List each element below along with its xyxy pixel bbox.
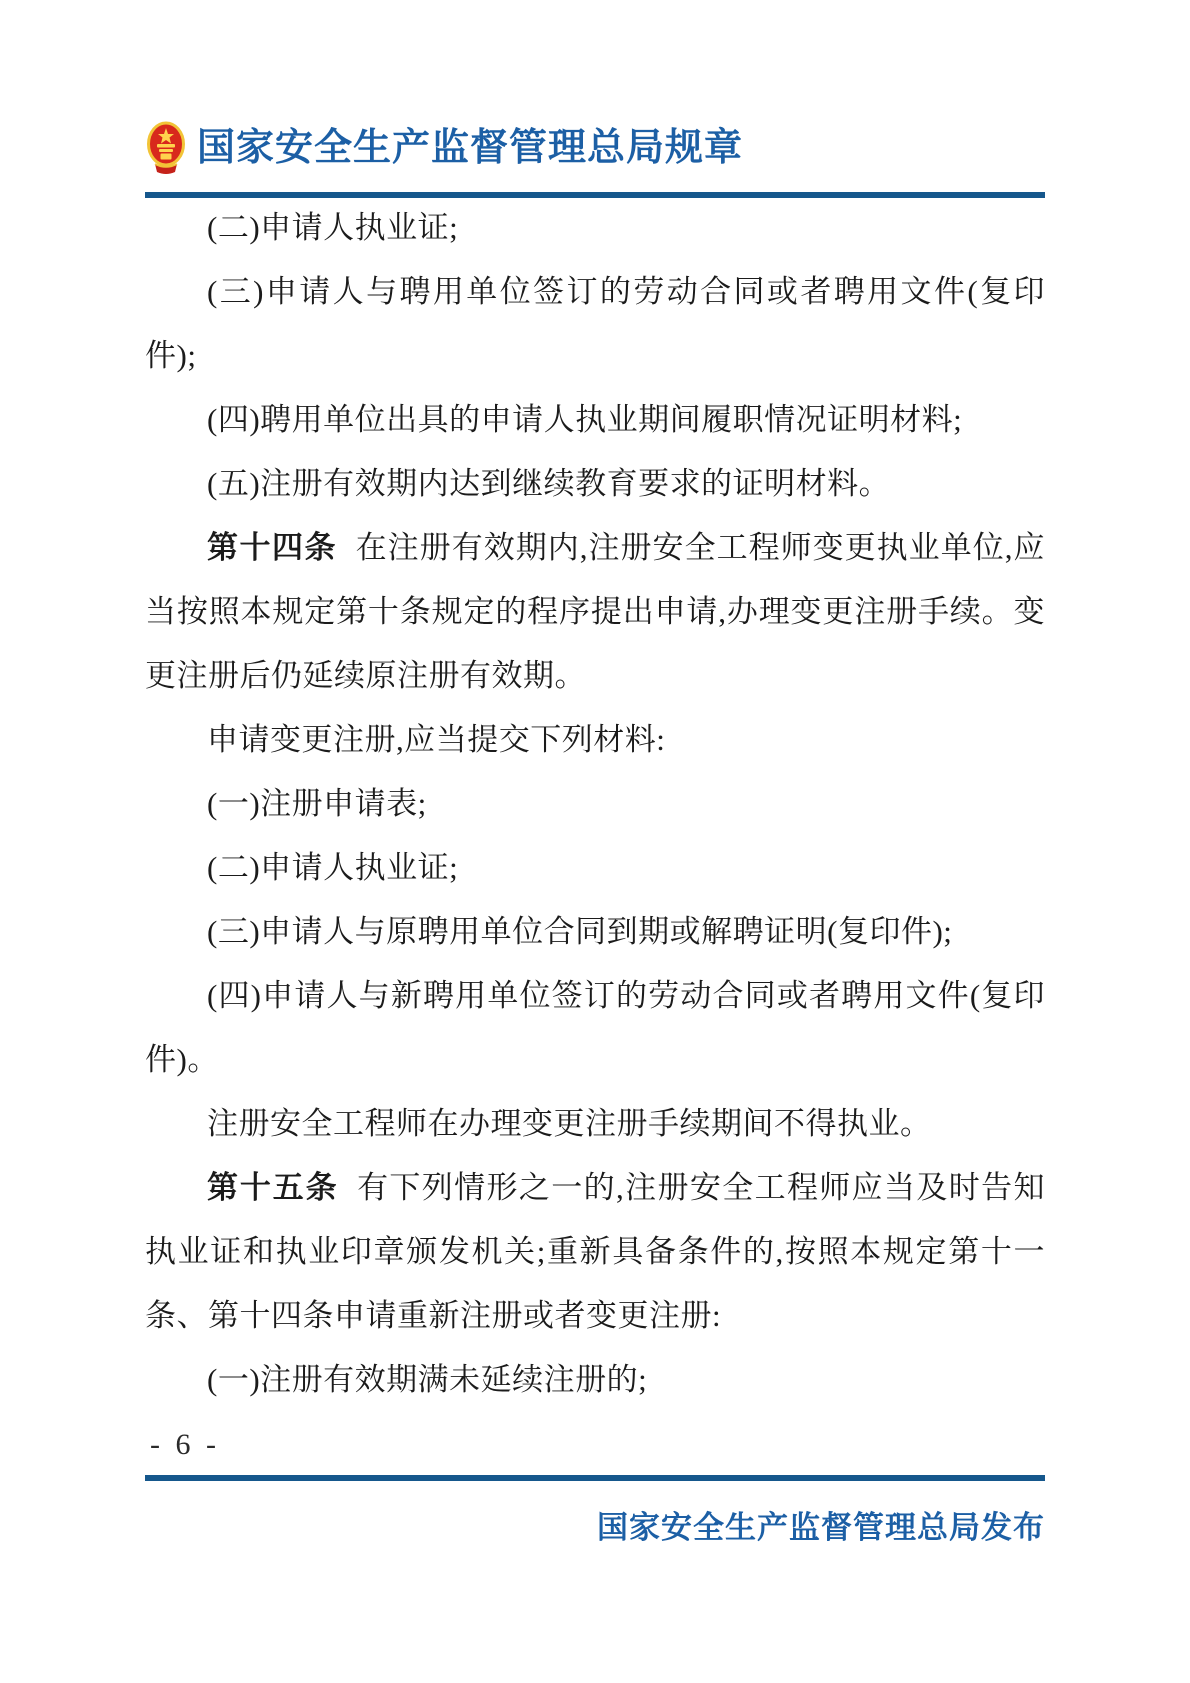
footer-rule <box>145 1475 1045 1481</box>
paragraph: 注册安全工程师在办理变更注册手续期间不得执业。 <box>145 1092 1045 1156</box>
document-body: (二)申请人执业证; (三)申请人与聘用单位签订的劳动合同或者聘用文件(复印件)… <box>145 196 1045 1412</box>
footer-publisher: 国家安全生产监督管理总局发布 <box>145 1502 1045 1547</box>
article-number: 第十四条 <box>207 530 356 565</box>
article-number: 第十五条 <box>207 1170 357 1205</box>
paragraph: (一)注册有效期满未延续注册的; <box>145 1348 1045 1412</box>
national-emblem-icon <box>145 120 187 176</box>
paragraph: (四)聘用单位出具的申请人执业期间履职情况证明材料; <box>145 388 1045 452</box>
paragraph: 申请变更注册,应当提交下列材料: <box>145 708 1045 772</box>
document-header: 国家安全生产监督管理总局规章 <box>145 120 1045 176</box>
paragraph: (二)申请人执业证; <box>145 836 1045 900</box>
paragraph: (三)申请人与原聘用单位合同到期或解聘证明(复印件); <box>145 900 1045 964</box>
paragraph: (二)申请人执业证; <box>145 196 1045 260</box>
paragraph: (四)申请人与新聘用单位签订的劳动合同或者聘用文件(复印件)。 <box>145 964 1045 1092</box>
paragraph-article-14: 第十四条在注册有效期内,注册安全工程师变更执业单位,应当按照本规定第十条规定的程… <box>145 516 1045 708</box>
paragraph: (三)申请人与聘用单位签订的劳动合同或者聘用文件(复印件); <box>145 260 1045 388</box>
paragraph-article-15: 第十五条有下列情形之一的,注册安全工程师应当及时告知执业证和执业印章颁发机关;重… <box>145 1156 1045 1348</box>
document-header-title: 国家安全生产监督管理总局规章 <box>197 129 743 167</box>
page-number: - 6 - <box>150 1428 220 1462</box>
paragraph: (五)注册有效期内达到继续教育要求的证明材料。 <box>145 452 1045 516</box>
paragraph: (一)注册申请表; <box>145 772 1045 836</box>
document-page: 国家安全生产监督管理总局规章 (二)申请人执业证; (三)申请人与聘用单位签订的… <box>0 0 1190 1683</box>
